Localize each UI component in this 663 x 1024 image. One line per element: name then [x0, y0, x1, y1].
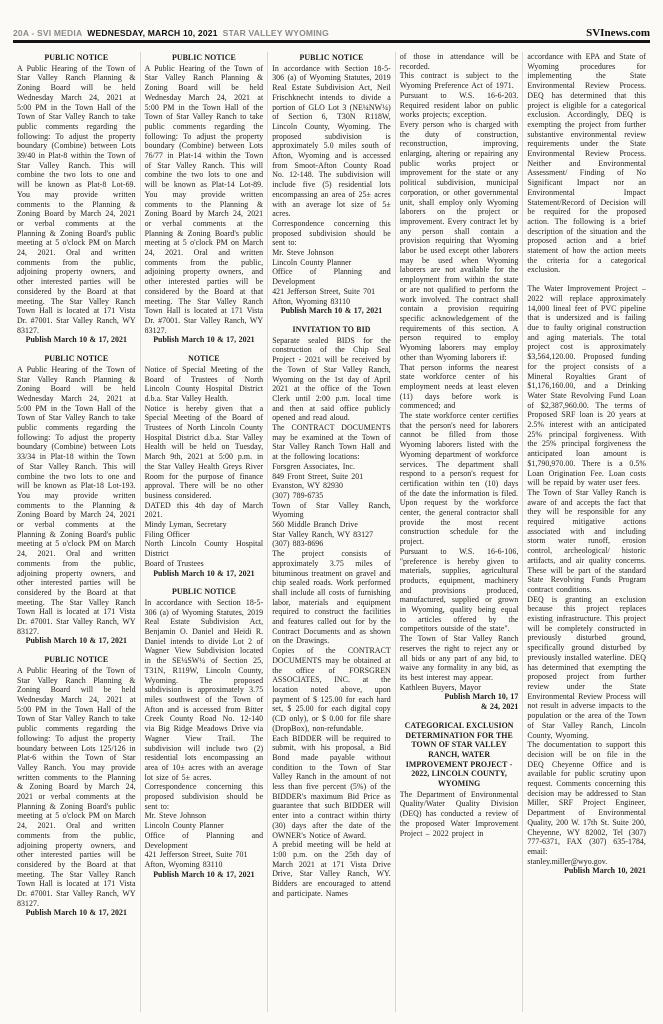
notice-paragraph: That person informs the nearest state wo…	[400, 363, 519, 412]
notice-line: Afton, Wyoming 83110	[145, 860, 264, 870]
notice-paragraph: The project consists of approximately 3.…	[272, 549, 391, 646]
notice-column-3: PUBLIC NOTICEIn accordance with Section …	[267, 52, 395, 1012]
notice-line: 560 Middle Branch Drive	[272, 520, 391, 530]
notice-paragraph: Office of Planning and Development	[145, 831, 264, 850]
notice-paragraph: Upon request by the workforce center, th…	[400, 498, 519, 547]
region-label: STAR VALLEY WYOMING	[223, 28, 329, 38]
notice-paragraph: Copies of the CONTRACT DOCUMENTS may be …	[272, 646, 391, 733]
date-label: WEDNESDAY, MARCH 10, 2021	[87, 28, 217, 38]
notice-column-4: of those in attendance will be recorded.…	[395, 52, 523, 1012]
header-left-group: 20A - SVI MEDIA WEDNESDAY, MARCH 10, 202…	[13, 28, 329, 38]
edition-label: 20A - SVI MEDIA	[13, 28, 82, 38]
notice-paragraph: accordance with EPA and State of Wyoming…	[527, 52, 646, 275]
notice-paragraph: Every person who is charged with the dut…	[400, 120, 519, 363]
notice-column-5: accordance with EPA and State of Wyoming…	[522, 52, 650, 1012]
notice-heading: INVITATION TO BID	[272, 325, 391, 335]
notice-column-1: PUBLIC NOTICEA Public Hearing of the Tow…	[13, 52, 140, 1012]
notice-paragraph: The state workforce center certifies tha…	[400, 411, 519, 498]
notice-heading: PUBLIC NOTICE	[17, 53, 136, 63]
publish-line: Publish March 10 & 17, 2021	[17, 908, 136, 918]
notice-line: Lincoln County Planner	[272, 258, 391, 268]
notice-paragraph: Notice is hereby given that a Special Me…	[145, 404, 264, 501]
publish-line: Publish March 10 & 17, 2021	[17, 636, 136, 646]
notice-line: Mindy Lyman, Secretary	[145, 520, 264, 530]
notice-line: Mr. Steve Johnson	[145, 811, 264, 821]
header-rule	[13, 40, 650, 43]
notice-heading: NOTICE	[145, 354, 264, 364]
notice-paragraph: Pursuant to W.S. 16-6-203. Required resi…	[400, 91, 519, 120]
notice-paragraph: of those in attendance will be recorded.	[400, 52, 519, 71]
notice-line: (307) 789-6735	[272, 491, 391, 501]
notice-paragraph: Notice of Special Meeting of the Board o…	[145, 365, 264, 404]
column-gap	[527, 275, 646, 284]
notice-line: 421 Jefferson Street, Suite 701	[145, 850, 264, 860]
notice-paragraph: This contract is subject to the Wyoming …	[400, 71, 519, 90]
notice-columns: PUBLIC NOTICEA Public Hearing of the Tow…	[13, 52, 650, 1012]
notice-paragraph: The Town of Star Valley Ranch reserves t…	[400, 634, 519, 683]
notice-heading: PUBLIC NOTICE	[272, 53, 391, 63]
notice-line: Afton, Wyoming 83110	[272, 297, 391, 307]
notice-paragraph: A Public Hearing of the Town of Star Val…	[145, 64, 264, 336]
notice-paragraph: A Public Hearing of the Town of Star Val…	[17, 666, 136, 909]
notice-line: Filing Officer	[145, 530, 264, 540]
notice-line: Board of Trustees	[145, 559, 264, 569]
notice-paragraph: A Public Hearing of the Town of Star Val…	[17, 64, 136, 336]
publish-line: Publish March 10, 17 & 24, 2021	[400, 692, 519, 711]
notice-paragraph: North Lincoln County Hospital District	[145, 539, 264, 558]
publish-line: Publish March 10 & 17, 2021	[145, 335, 264, 345]
notice-line: 421 Jefferson Street, Suite 701	[272, 287, 391, 297]
notice-paragraph: Correspondence concerning this proposed …	[145, 782, 264, 811]
newspaper-page: 20A - SVI MEDIA WEDNESDAY, MARCH 10, 202…	[0, 0, 663, 1024]
publish-line: Publish March 10, 2021	[527, 866, 646, 876]
notice-paragraph: Town of Star Valley Ranch, Wyoming	[272, 501, 391, 520]
page-header: 20A - SVI MEDIA WEDNESDAY, MARCH 10, 202…	[13, 27, 650, 39]
notice-heading: CATEGORICAL EXCLUSION DETERMINATION FOR …	[400, 721, 519, 789]
notice-paragraph: A prebid meeting will be held at 1:00 p.…	[272, 840, 391, 898]
notice-line: Evanston, WY 82930	[272, 481, 391, 491]
notice-line: Mr. Steve Johnson	[272, 248, 391, 258]
publish-line: Publish March 10 & 17, 2021	[272, 306, 391, 316]
notice-paragraph: In accordance with Section 18-5-306 (a) …	[272, 64, 391, 219]
publish-line: Publish March 10 & 17, 2021	[145, 569, 264, 579]
notice-paragraph: The documentation to support this decisi…	[527, 740, 646, 856]
notice-paragraph: Office of Planning and Development	[272, 267, 391, 286]
notice-paragraph: The CONTRACT DOCUMENTS may be examined a…	[272, 423, 391, 462]
notice-paragraph: Correspondence concerning this proposed …	[272, 219, 391, 248]
notice-paragraph: Each BIDDER will be required to submit, …	[272, 734, 391, 841]
notice-heading: PUBLIC NOTICE	[17, 655, 136, 665]
notice-paragraph: DATED this 4th day of March 2021.	[145, 501, 264, 520]
notice-line: Star Valley Ranch, WY 83127	[272, 530, 391, 540]
notice-line: (307) 883-8696	[272, 539, 391, 549]
notice-line: 849 Front Street, Suite 201	[272, 472, 391, 482]
notice-paragraph: DEQ is granting an exclusion because thi…	[527, 595, 646, 741]
notice-paragraph: The Water Improvement Project – 2022 wil…	[527, 284, 646, 488]
notice-paragraph: Pursuant to W.S. 16-6-106, "preference i…	[400, 547, 519, 634]
notice-heading: PUBLIC NOTICE	[17, 354, 136, 364]
notice-line: Lincoln County Planner	[145, 821, 264, 831]
website-label: SVInews.com	[586, 27, 650, 39]
notice-paragraph: In accordance with Section 18-5-306 (a) …	[145, 598, 264, 782]
notice-paragraph: The Town of Star Valley Ranch is aware o…	[527, 488, 646, 595]
notice-heading: PUBLIC NOTICE	[145, 587, 264, 597]
notice-column-2: PUBLIC NOTICEA Public Hearing of the Tow…	[140, 52, 268, 1012]
notice-line: Forsgren Associates, Inc.	[272, 462, 391, 472]
notice-heading: PUBLIC NOTICE	[145, 53, 264, 63]
notice-line: Kathleen Buyers, Mayor	[400, 683, 519, 693]
publish-line: Publish March 10 & 17, 2021	[145, 870, 264, 880]
notice-paragraph: The Department of Environmental Quality/…	[400, 790, 519, 839]
notice-paragraph: Separate sealed BIDS for the constructio…	[272, 336, 391, 423]
notice-line: stanley.miller@wyo.gov.	[527, 857, 646, 867]
notice-paragraph: A Public Hearing of the Town of Star Val…	[17, 365, 136, 637]
publish-line: Publish March 10 & 17, 2021	[17, 335, 136, 345]
